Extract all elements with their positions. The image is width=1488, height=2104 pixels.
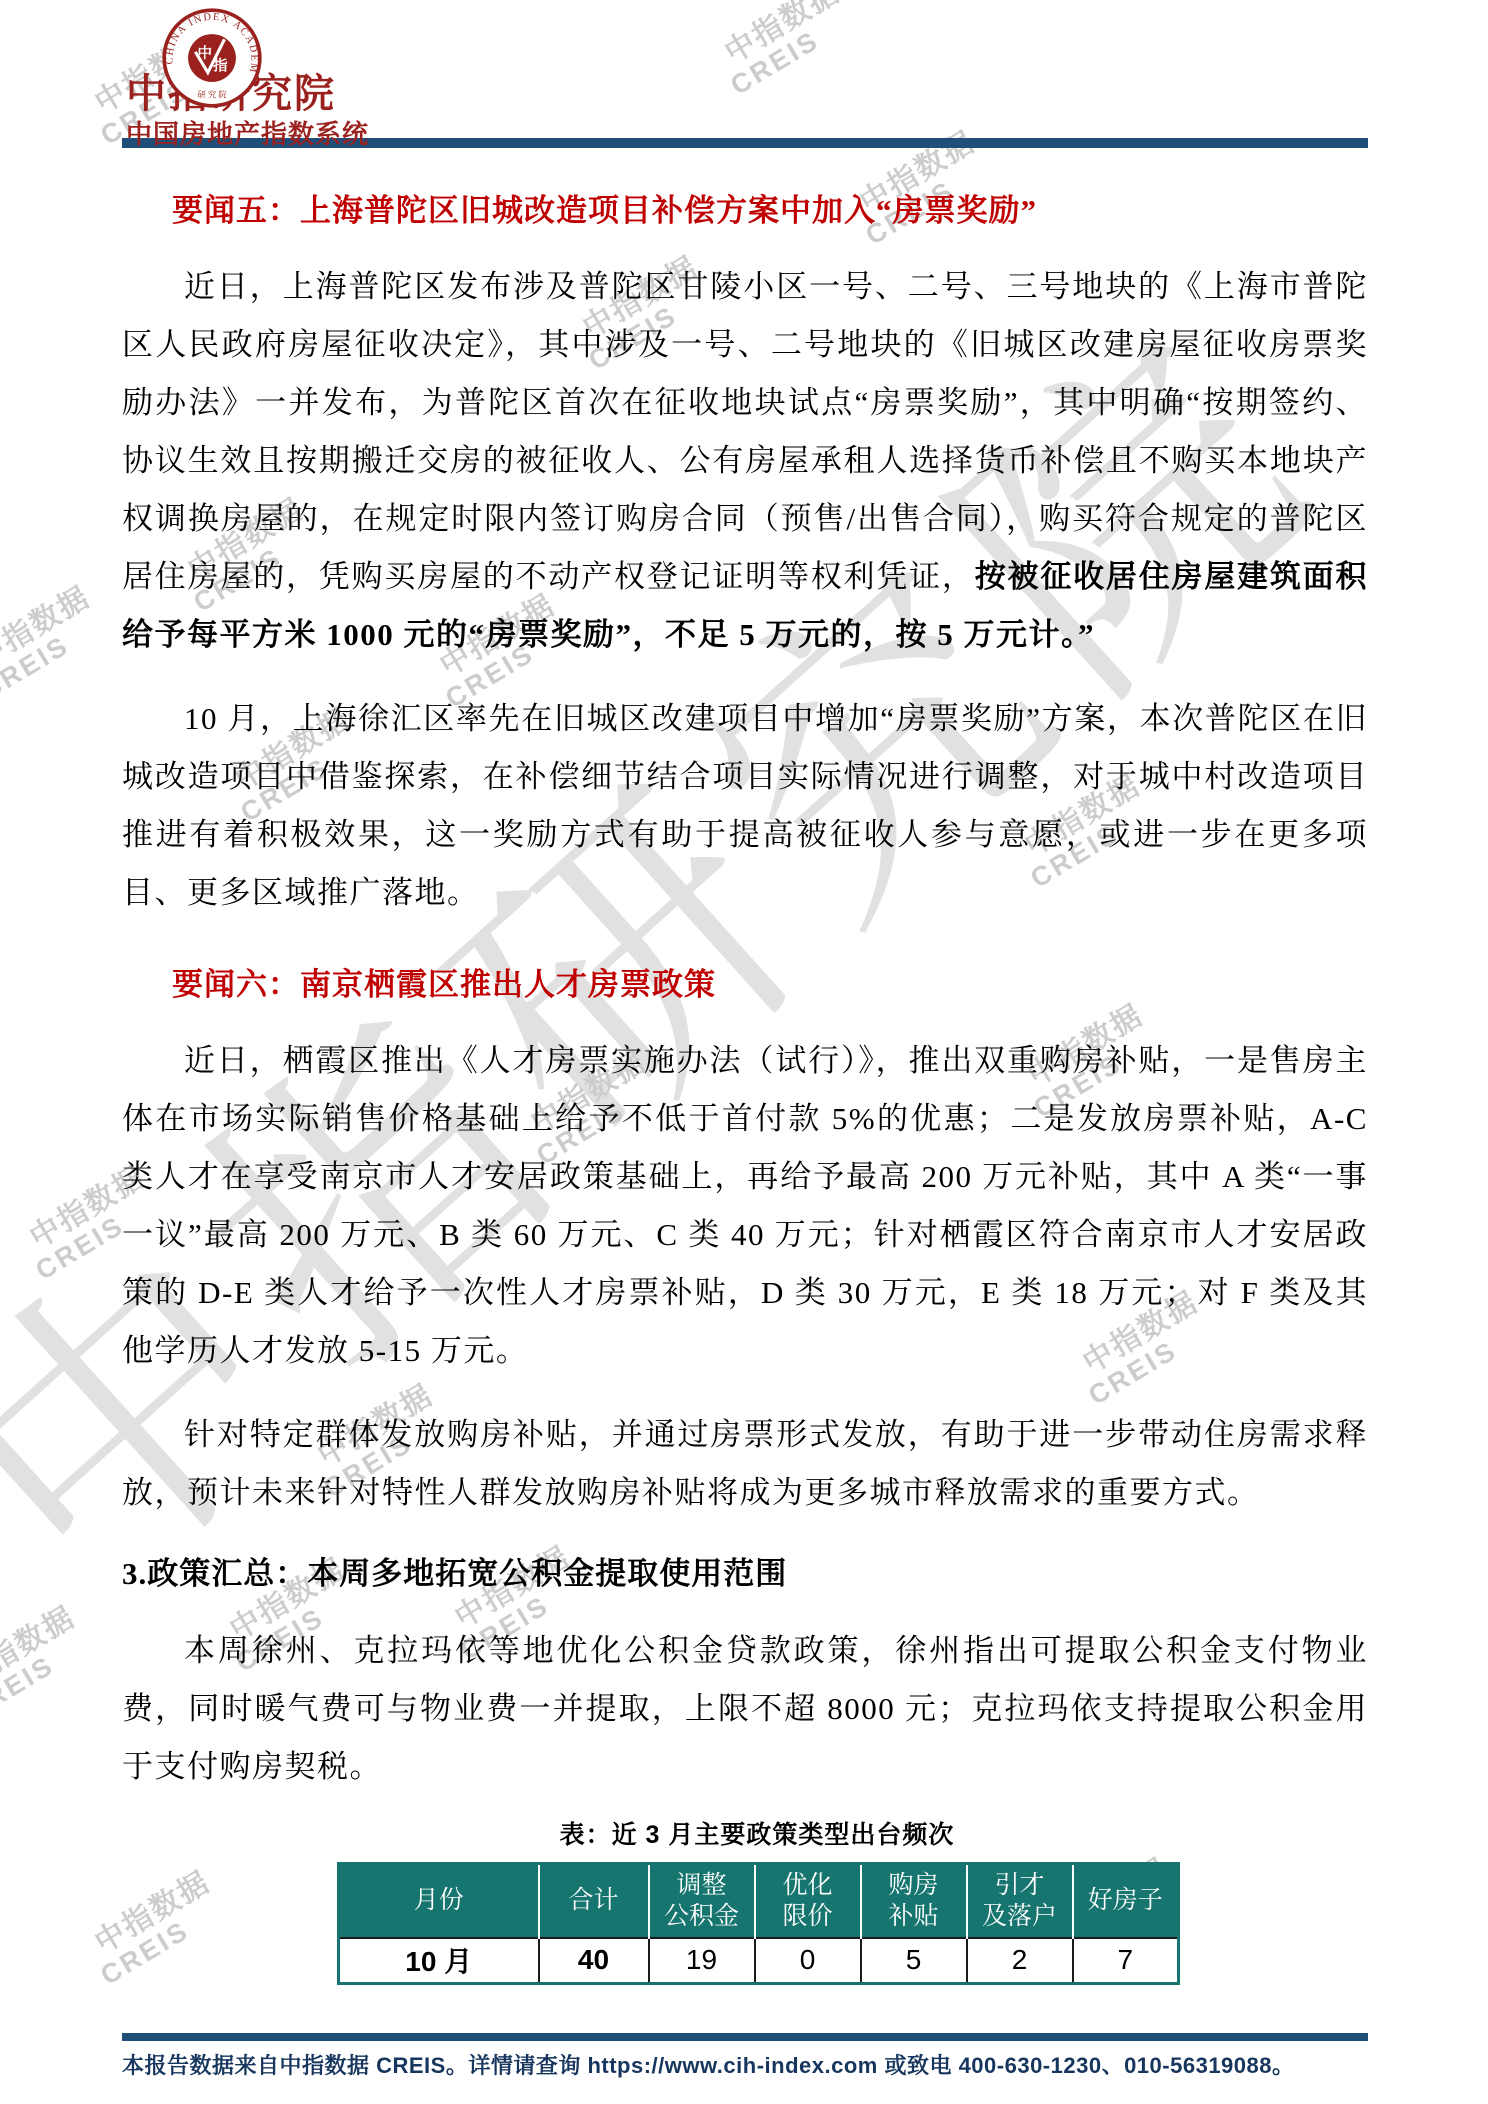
seal-bottom-text: 研 究 院 <box>197 90 227 100</box>
table-data-cell: 10 月 <box>339 1938 539 1984</box>
table-header-cell: 月份 <box>339 1864 539 1938</box>
table-header-cell: 合计 <box>539 1864 649 1938</box>
footer-link[interactable]: https://www.cih-index.com <box>587 2053 877 2078</box>
policy-summary-paragraph: 本周徐州、克拉玛依等地优化公积金贷款政策，徐州指出可提取公积金支付物业费，同时暖… <box>122 1622 1368 1796</box>
table-title: 表：近 3 月主要政策类型出台频次 <box>337 1818 1177 1852</box>
table-data-cell: 5 <box>861 1938 967 1984</box>
table-data-cell: 40 <box>539 1938 649 1984</box>
table-data-cell: 19 <box>649 1938 755 1984</box>
table-header-cell: 优化 限价 <box>755 1864 861 1938</box>
page-header: 中指研究院 中国房地产指数系统 CHINA INDEX ACADEMY 中 指 … <box>122 0 1368 138</box>
news5-paragraph-1: 近日，上海普陀区发布涉及普陀区甘陵小区一号、二号、三号地块的《上海市普陀区人民政… <box>122 258 1368 664</box>
page-footer: 本报告数据来自中指数据 CREIS。详情请查询 https://www.cih-… <box>122 2033 1368 2080</box>
table-data-cell: 2 <box>967 1938 1073 1984</box>
footer-text: 本报告数据来自中指数据 CREIS。详情请查询 https://www.cih-… <box>122 2049 1368 2080</box>
page-content: 中指研究院 中国房地产指数系统 CHINA INDEX ACADEMY 中 指 … <box>0 0 1488 1985</box>
table-header-cell: 购房 补贴 <box>861 1864 967 1938</box>
news6-paragraph-2: 针对特定群体发放购房补贴，并通过房票形式发放，有助于进一步带动住房需求释放，预计… <box>122 1406 1368 1522</box>
table-header-cell: 调整 公积金 <box>649 1864 755 1938</box>
table-data-row: 10 月40190527 <box>339 1938 1179 1984</box>
news5-paragraph-1-normal: 近日，上海普陀区发布涉及普陀区甘陵小区一号、二号、三号地块的《上海市普陀区人民政… <box>122 269 1368 594</box>
report-page: { "colors": { "brand_red": "#9a211d", "h… <box>0 0 1488 2104</box>
footer-text-prefix: 本报告数据来自中指数据 CREIS。详情请查询 <box>122 2053 587 2078</box>
table-data-cell: 0 <box>755 1938 861 1984</box>
table-data-cell: 7 <box>1073 1938 1179 1984</box>
table-header-cell: 引才 及落户 <box>967 1864 1073 1938</box>
news5-paragraph-2: 10 月，上海徐汇区率先在旧城区改建项目中增加“房票奖励”方案，本次普陀区在旧城… <box>122 690 1368 922</box>
footer-text-suffix: 或致电 400-630-1230、010-56319088。 <box>878 2053 1295 2078</box>
table-header-row: 月份合计调整 公积金优化 限价购房 补贴引才 及落户好房子 <box>339 1864 1179 1938</box>
table-header-cell: 好房子 <box>1073 1864 1179 1938</box>
policy-summary-heading: 3.政策汇总：本周多地拓宽公积金提取使用范围 <box>122 1552 1368 1596</box>
system-name: 中国房地产指数系统 <box>126 114 369 151</box>
seal-char-1: 中 <box>197 45 212 62</box>
footer-rule <box>122 2033 1368 2041</box>
news6-paragraph-1: 近日，栖霞区推出《人才房票实施办法（试行）》，推出双重购房补贴，一是售房主体在市… <box>122 1032 1368 1380</box>
policy-frequency-table: 月份合计调整 公积金优化 限价购房 补贴引才 及落户好房子 10 月401905… <box>337 1862 1180 1985</box>
seal-inner-circle <box>188 34 236 82</box>
academy-seal-icon: CHINA INDEX ACADEMY 中 指 研 究 院 <box>160 6 264 110</box>
news5-heading: 要闻五：上海普陀区旧城改造项目补偿方案中加入“房票奖励” <box>122 190 1368 232</box>
seal-char-2: 指 <box>213 57 228 74</box>
news6-heading: 要闻六：南京栖霞区推出人才房票政策 <box>122 964 1368 1006</box>
